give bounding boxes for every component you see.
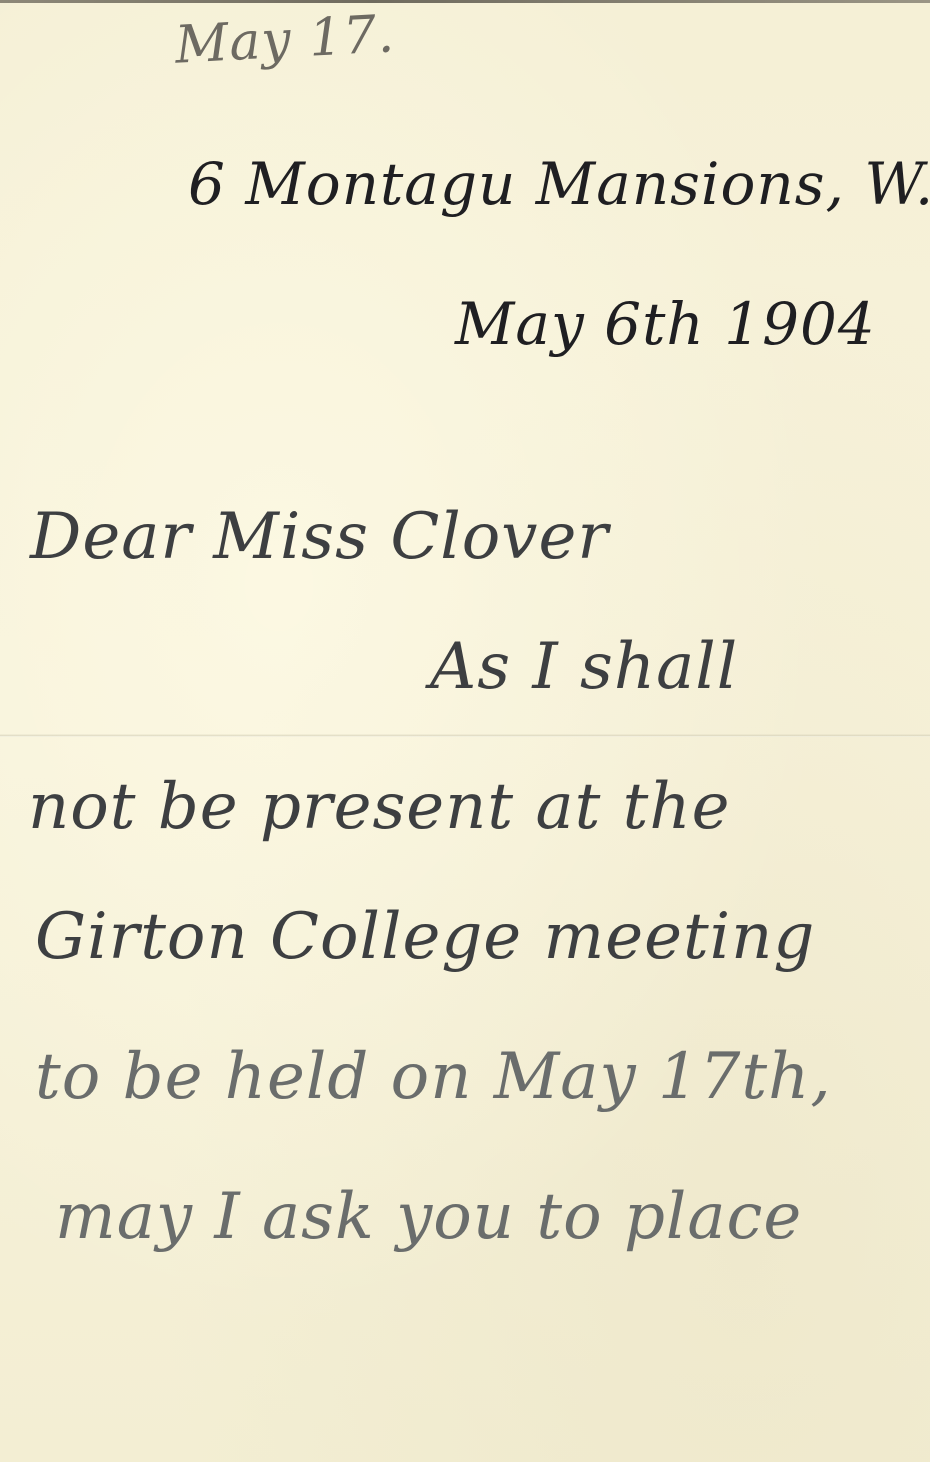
letter-date: May 6th 1904 <box>455 290 876 358</box>
body-line-1: As I shall <box>430 630 738 704</box>
body-line-3: Girton College meeting <box>35 900 815 974</box>
pencil-annotation: May 17. <box>174 4 397 75</box>
letter-page: May 17. 6 Montagu Mansions, W. May 6th 1… <box>0 0 930 1462</box>
paper-top-edge <box>0 0 930 3</box>
body-line-4: to be held on May 17th, <box>35 1040 832 1114</box>
paper-fold-line <box>0 734 930 737</box>
salutation: Dear Miss Clover <box>30 500 609 574</box>
body-line-2: not be present at the <box>28 770 730 844</box>
body-line-5: may I ask you to place <box>55 1180 802 1254</box>
sender-address: 6 Montagu Mansions, W. <box>188 150 930 218</box>
